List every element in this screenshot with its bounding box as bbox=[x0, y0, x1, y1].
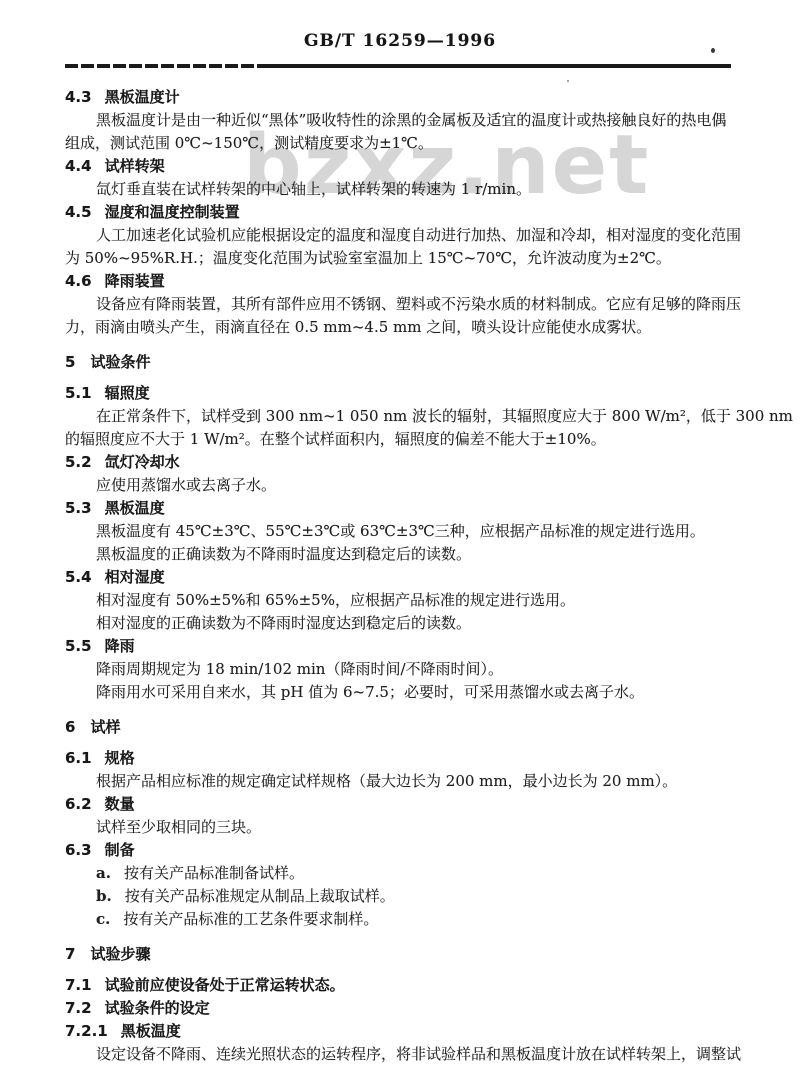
clause-heading: 6.3制备 bbox=[65, 839, 740, 862]
line-text: 黑板温度计 bbox=[105, 88, 180, 106]
clause-heading: 5.2氙灯冷却水 bbox=[65, 451, 740, 474]
clause-number: 7.2 bbox=[65, 997, 92, 1020]
scanned-document-page: GB/T 16259—1996 4.3黑板温度计黑板温度计是由一种近似“黑体”吸… bbox=[0, 0, 800, 1087]
paragraph-line: 应使用蒸馏水或去离子水。 bbox=[65, 474, 740, 497]
clause-number: 5.2 bbox=[65, 451, 92, 474]
clause-heading: 4.5湿度和温度控制装置 bbox=[65, 201, 740, 224]
clause-heading: 7.2.1黑板温度 bbox=[65, 1020, 740, 1043]
list-item: b.按有关产品标准规定从制品上裁取试样。 bbox=[65, 885, 740, 908]
line-text: 试验步骤 bbox=[90, 945, 150, 963]
paragraph-line: 黑板温度有 45℃±3℃、55℃±3℃或 63℃±3℃三种，应根据产品标准的规定… bbox=[65, 520, 740, 543]
paragraph-continuation-line: 组成，测试范围 0℃~150℃，测试精度要求为±1℃。 bbox=[65, 132, 740, 155]
line-text: 降雨装置 bbox=[105, 272, 165, 290]
paragraph-line: 相对湿度的正确读数为不降雨时湿度达到稳定后的读数。 bbox=[65, 612, 740, 635]
line-text: 在正常条件下，试样受到 300 nm~1 050 nm 波长的辐射，其辐照度应大… bbox=[96, 407, 793, 425]
clause-number: b. bbox=[96, 885, 112, 908]
clause-heading: 6.2数量 bbox=[65, 793, 740, 816]
line-text: 降雨 bbox=[105, 637, 135, 655]
list-item: c.按有关产品标准的工艺条件要求制样。 bbox=[65, 908, 740, 931]
clause-number: 5.4 bbox=[65, 566, 92, 589]
line-text: 的辐照度应不大于 1 W/m²。在整个试样面积内，辐照度的偏差不能大于±10%。 bbox=[65, 430, 606, 448]
line-text: 降雨周期规定为 18 min/102 min（降雨时间/不降雨时间）。 bbox=[96, 660, 503, 678]
clause-number: 6.3 bbox=[65, 839, 92, 862]
clause-number: 4.6 bbox=[65, 270, 92, 293]
line-text: 黑板温度有 45℃±3℃、55℃±3℃或 63℃±3℃三种，应根据产品标准的规定… bbox=[96, 522, 705, 540]
clause-number: 6.2 bbox=[65, 793, 92, 816]
line-text: 按有关产品标准的工艺条件要求制样。 bbox=[123, 910, 378, 928]
line-text: 试验条件 bbox=[90, 353, 150, 371]
line-text: 根据产品相应标准的规定确定试样规格（最大边长为 200 mm，最小边长为 20 … bbox=[96, 772, 677, 790]
line-text: 试样 bbox=[90, 718, 120, 736]
scan-speck bbox=[711, 48, 715, 53]
paragraph-line: 黑板温度计是由一种近似“黑体”吸收特性的涂黑的金属板及适宜的温度计或热接触良好的… bbox=[65, 109, 740, 132]
clause-heading: 5.1辐照度 bbox=[65, 382, 740, 405]
list-item: a.按有关产品标准制备试样。 bbox=[65, 862, 740, 885]
clause-heading: 4.4试样转架 bbox=[65, 155, 740, 178]
paragraph-line: 在正常条件下，试样受到 300 nm~1 050 nm 波长的辐射，其辐照度应大… bbox=[65, 405, 740, 428]
clause-number: 6.1 bbox=[65, 747, 92, 770]
line-text: 湿度和温度控制装置 bbox=[105, 203, 240, 221]
paragraph-line: 相对湿度有 50%±5%和 65%±5%，应根据产品标准的规定进行选用。 bbox=[65, 589, 740, 612]
clause-number: c. bbox=[96, 908, 110, 931]
line-text: 辐照度 bbox=[105, 384, 150, 402]
clause-heading: 4.3黑板温度计 bbox=[65, 86, 740, 109]
clause-number: 5.5 bbox=[65, 635, 92, 658]
line-text: 黑板温度 bbox=[121, 1022, 181, 1040]
document-body: 4.3黑板温度计黑板温度计是由一种近似“黑体”吸收特性的涂黑的金属板及适宜的温度… bbox=[65, 86, 740, 1066]
clause-heading: 7.1试验前应使设备处于正常运转状态。 bbox=[65, 974, 740, 997]
line-text: 相对湿度 bbox=[105, 568, 165, 586]
line-text: 降雨用水可采用自来水，其 pH 值为 6~7.5；必要时，可采用蒸馏水或去离子水… bbox=[96, 683, 644, 701]
paragraph-line: 根据产品相应标准的规定确定试样规格（最大边长为 200 mm，最小边长为 20 … bbox=[65, 770, 740, 793]
clause-number: 5 bbox=[65, 351, 75, 374]
line-text: 人工加速老化试验机应能根据设定的温度和湿度自动进行加热、加湿和冷却，相对湿度的变… bbox=[96, 226, 741, 244]
clause-number: a. bbox=[96, 862, 111, 885]
line-text: 设备应有降雨装置，其所有部件应用不锈钢、塑料或不污染水质的材料制成。它应有足够的… bbox=[96, 295, 741, 313]
line-text: 黑板温度 bbox=[105, 499, 165, 517]
paragraph-line: 设备应有降雨装置，其所有部件应用不锈钢、塑料或不污染水质的材料制成。它应有足够的… bbox=[65, 293, 740, 316]
line-text: 氙灯冷却水 bbox=[105, 453, 180, 471]
line-text: 相对湿度的正确读数为不降雨时湿度达到稳定后的读数。 bbox=[96, 614, 471, 632]
clause-number: 7.2.1 bbox=[65, 1020, 108, 1043]
paragraph-line: 降雨用水可采用自来水，其 pH 值为 6~7.5；必要时，可采用蒸馏水或去离子水… bbox=[65, 681, 740, 704]
line-text: 试验条件的设定 bbox=[105, 999, 210, 1017]
paragraph-line: 黑板温度的正确读数为不降雨时温度达到稳定后的读数。 bbox=[65, 543, 740, 566]
clause-heading: 5.3黑板温度 bbox=[65, 497, 740, 520]
line-text: 设定设备不降雨、连续光照状态的运转程序，将非试验样品和黑板温度计放在试样转架上，… bbox=[96, 1045, 741, 1063]
line-text: 力，雨滴由喷头产生，雨滴直径在 0.5 mm~4.5 mm 之间，喷头设计应能使… bbox=[65, 318, 651, 336]
paragraph-line: 试样至少取相同的三块。 bbox=[65, 816, 740, 839]
clause-number: 4.5 bbox=[65, 201, 92, 224]
chapter-heading: 5试验条件 bbox=[65, 351, 740, 374]
line-text: 制备 bbox=[105, 841, 135, 859]
paragraph-continuation-line: 的辐照度应不大于 1 W/m²。在整个试样面积内，辐照度的偏差不能大于±10%。 bbox=[65, 428, 740, 451]
clause-number: 4.3 bbox=[65, 86, 92, 109]
clause-number: 5.3 bbox=[65, 497, 92, 520]
line-text: 黑板温度计是由一种近似“黑体”吸收特性的涂黑的金属板及适宜的温度计或热接触良好的… bbox=[96, 111, 726, 129]
paragraph-line: 降雨周期规定为 18 min/102 min（降雨时间/不降雨时间）。 bbox=[65, 658, 740, 681]
line-text: 应使用蒸馏水或去离子水。 bbox=[96, 476, 276, 494]
clause-heading: 5.5降雨 bbox=[65, 635, 740, 658]
line-text: 黑板温度的正确读数为不降雨时温度达到稳定后的读数。 bbox=[96, 545, 471, 563]
paragraph-continuation-line: 为 50%~95%R.H.；温度变化范围为试验室室温加上 15℃~70℃，允许波… bbox=[65, 247, 740, 270]
line-text: 按有关产品标准制备试样。 bbox=[124, 864, 304, 882]
line-text: 试样转架 bbox=[105, 157, 165, 175]
clause-number: 7 bbox=[65, 943, 75, 966]
chapter-heading: 7试验步骤 bbox=[65, 943, 740, 966]
clause-number: 4.4 bbox=[65, 155, 92, 178]
line-text: 为 50%~95%R.H.；温度变化范围为试验室室温加上 15℃~70℃，允许波… bbox=[65, 249, 671, 267]
line-text: 氙灯垂直装在试样转架的中心轴上，试样转架的转速为 1 r/min。 bbox=[96, 180, 531, 198]
paragraph-line: 设定设备不降雨、连续光照状态的运转程序，将非试验样品和黑板温度计放在试样转架上，… bbox=[65, 1043, 740, 1066]
header-divider-rule bbox=[65, 64, 731, 68]
clause-number: 7.1 bbox=[65, 974, 92, 997]
paragraph-continuation-line: 力，雨滴由喷头产生，雨滴直径在 0.5 mm~4.5 mm 之间，喷头设计应能使… bbox=[65, 316, 740, 339]
line-text: 按有关产品标准规定从制品上裁取试样。 bbox=[125, 887, 395, 905]
line-text: 相对湿度有 50%±5%和 65%±5%，应根据产品标准的规定进行选用。 bbox=[96, 591, 575, 609]
clause-number: 5.1 bbox=[65, 382, 92, 405]
clause-number: 6 bbox=[65, 716, 75, 739]
clause-heading: 6.1规格 bbox=[65, 747, 740, 770]
clause-heading: 7.2试验条件的设定 bbox=[65, 997, 740, 1020]
line-text: 试验前应使设备处于正常运转状态。 bbox=[105, 976, 345, 994]
line-text: 组成，测试范围 0℃~150℃，测试精度要求为±1℃。 bbox=[65, 134, 433, 152]
line-text: 规格 bbox=[105, 749, 135, 767]
clause-heading: 4.6降雨装置 bbox=[65, 270, 740, 293]
paragraph-line: 氙灯垂直装在试样转架的中心轴上，试样转架的转速为 1 r/min。 bbox=[65, 178, 740, 201]
line-text: 试样至少取相同的三块。 bbox=[96, 818, 261, 836]
scan-speck bbox=[567, 80, 569, 82]
standard-number-header: GB/T 16259—1996 bbox=[0, 0, 800, 51]
paragraph-line: 人工加速老化试验机应能根据设定的温度和湿度自动进行加热、加湿和冷却，相对湿度的变… bbox=[65, 224, 740, 247]
chapter-heading: 6试样 bbox=[65, 716, 740, 739]
line-text: 数量 bbox=[105, 795, 135, 813]
clause-heading: 5.4相对湿度 bbox=[65, 566, 740, 589]
